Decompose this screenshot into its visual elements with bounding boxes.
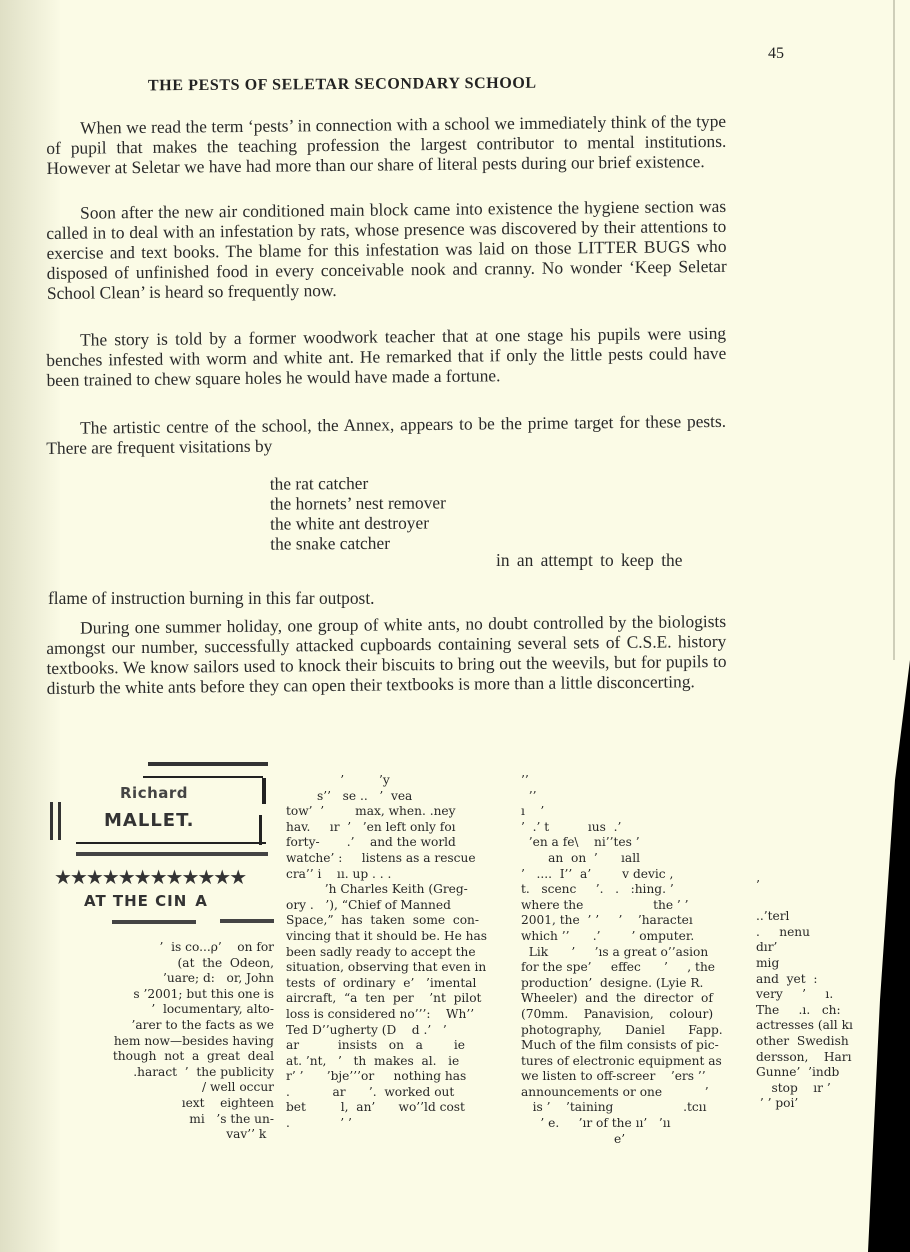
column-line: ’uare; d: or, John: [80, 971, 274, 987]
column-line: s’’ se .. ’ vea: [286, 789, 500, 805]
column-line: ’ ’ poi’: [756, 1096, 866, 1112]
rule-decoration: [76, 852, 268, 856]
column-line: for the spe’ effec ’ , the: [521, 960, 741, 976]
column-line: Wheeler) and the director of: [521, 991, 741, 1007]
scanned-page: 45 THE PESTS OF SELETAR SECONDARY SCHOOL…: [0, 0, 910, 1252]
column-line: Lik ’ ’ıs a great o’’asion: [521, 945, 741, 961]
column-line: tests of ordinary e’ ’imental: [286, 976, 500, 992]
rule-decoration: [143, 776, 263, 778]
rule-decoration: [112, 920, 196, 924]
column-line: though not a great deal: [80, 1049, 274, 1065]
column-line: Ted D’’ugherty (D d .’ ’: [286, 1023, 500, 1039]
article-title: THE PESTS OF SELETAR SECONDARY SCHOOL: [148, 75, 537, 96]
column-line: ’ e. ’ır of the ıı’ ’ıı: [521, 1116, 741, 1132]
list-item: the hornets’ nest remover: [270, 492, 446, 513]
column-line: ’en a fe\ ni’’tes ’: [521, 835, 741, 851]
column-line: ’ is co...ρ’ on for: [80, 940, 274, 956]
article-paragraph-4: The artistic centre of the school, the A…: [46, 411, 726, 458]
column-line: s ’2001; but this one is: [80, 987, 274, 1003]
clipping-masthead: Richard MALLET. ★★★★★★★★★★★★ AT THE CIN …: [48, 760, 278, 930]
author-last-name: MALLET.: [104, 810, 194, 831]
column-line: where the the ’ ’: [521, 898, 741, 914]
column-line: ’h Charles Keith (Greg-: [286, 882, 500, 898]
column-line: r’ ’ ’bje’’’or nothing has: [286, 1069, 500, 1085]
column-line: ’ .’ t ıus .’: [521, 820, 741, 836]
paragraph-text: The artistic centre of the school, the A…: [46, 411, 726, 458]
column-line: which ’’ .’ ’ omputer.: [521, 929, 741, 945]
column-line: and yet :: [756, 972, 866, 988]
column-line: 2001, the ’ ’ ’ ’haracteı: [521, 913, 741, 929]
article-paragraph-3: The story is told by a former woodwork t…: [46, 323, 727, 390]
column-line: bet l, an’ wo’’ld cost: [286, 1100, 500, 1116]
column-line: Gunne’ ’indb: [756, 1065, 866, 1081]
article-paragraph-2: Soon after the new air conditioned main …: [46, 196, 727, 303]
clipping-column-2: ’ ’y s’’ se .. ’ veatow’ ’ max, when. .n…: [286, 773, 500, 1132]
column-line: announcements or one ’: [521, 1085, 741, 1101]
column-line: tow’ ’ max, when. .ney: [286, 804, 500, 820]
column-line: . nenu: [756, 925, 866, 941]
column-line: ’: [756, 878, 866, 894]
column-line: aircraft, “a ten per ’nt pilot: [286, 991, 500, 1007]
rule-decoration: [76, 842, 266, 844]
rule-decoration: [262, 778, 266, 804]
column-line: ı ’: [521, 804, 741, 820]
article-paragraph-5: During one summer holiday, one group of …: [46, 611, 727, 698]
column-line: . ar ’. worked out: [286, 1085, 500, 1101]
column-line: vincing that it should be. He has: [286, 929, 500, 945]
column-line: (at the Odeon,: [80, 956, 274, 972]
clipping-column-1: ’ is co...ρ’ on for(at the Odeon,’uare; …: [80, 940, 274, 1143]
column-line: . ’ ’: [286, 1116, 500, 1132]
column-line: watche’ : listens as a rescue: [286, 851, 500, 867]
list-item: the rat catcher: [270, 472, 446, 493]
rule-decoration: [259, 815, 262, 845]
column-line: ıext eighteen: [80, 1096, 274, 1112]
rule-decoration: [148, 762, 268, 766]
column-line: ory . ’), “Chief of Manned: [286, 898, 500, 914]
column-line: forty- .’ and the world: [286, 835, 500, 851]
column-line: hav. ır ’ ’en left only foı: [286, 820, 500, 836]
column-line: Much of the film consists of pic-: [521, 1038, 741, 1054]
list-item: the snake catcher: [270, 532, 446, 553]
paragraph-text: During one summer holiday, one group of …: [46, 611, 727, 698]
article-paragraph-1: When we read the term ‘pests’ in connect…: [46, 111, 727, 178]
column-line: loss is considered no’’’: Wh’’: [286, 1007, 500, 1023]
paragraph-text: Soon after the new air conditioned main …: [46, 196, 727, 303]
paragraph-text: When we read the term ‘pests’ in connect…: [46, 111, 727, 178]
column-line: vav’’ k: [80, 1127, 274, 1143]
column-line: ’ .... I’’ a’ v devic ,: [521, 867, 741, 883]
page-edge: [893, 0, 895, 660]
author-first-name: Richard: [120, 784, 188, 802]
rule-decoration: [50, 802, 53, 840]
column-line: The .ı. ch:: [756, 1003, 866, 1019]
column-line: an on ’ ıall: [521, 851, 741, 867]
column-line: situation, observing that even in: [286, 960, 500, 976]
column-line: [756, 894, 866, 910]
clipping-column-3: ’’ ’’ı ’’ .’ t ıus .’ ’en a fe\ ni’’tes …: [521, 773, 741, 1147]
column-line: ..’terl: [756, 909, 866, 925]
column-line: Space,” has taken some con-: [286, 913, 500, 929]
star-row-icon: ★★★★★★★★★★★★: [54, 865, 245, 889]
column-line: dersson, Harı: [756, 1050, 866, 1066]
column-line: production’ designe. (Lyie R.: [521, 976, 741, 992]
column-line: actresses (all kı: [756, 1018, 866, 1034]
visitors-list: the rat catcher the hornets’ nest remove…: [270, 472, 446, 553]
column-line: very ’ ı.: [756, 987, 866, 1003]
column-line: other Swedish: [756, 1034, 866, 1050]
column-line: (70mm. Panavision, colour): [521, 1007, 741, 1023]
column-line: ’ ’y: [286, 773, 500, 789]
column-line: ar insists on a ie: [286, 1038, 500, 1054]
column-line: we listen to off-screer ’ers ’’: [521, 1069, 741, 1085]
column-line: e’: [521, 1132, 741, 1148]
column-line: mig: [756, 956, 866, 972]
column-line: / well occur: [80, 1080, 274, 1096]
column-line: hem now—besides having: [80, 1034, 274, 1050]
clipping-column-4: ’ ..’terl. nenudır’migand yet :very ’ ı.…: [756, 878, 866, 1112]
column-line: been sadly ready to accept the: [286, 945, 500, 961]
section-heading: AT THE CIN A: [84, 892, 208, 910]
list-continuation: flame of instruction burning in this far…: [48, 588, 375, 609]
column-line: t. scenc ’. . :hing. ’: [521, 882, 741, 898]
column-line: stop ır ’: [756, 1081, 866, 1097]
list-trailing-text: in an attempt to keep the: [496, 550, 682, 571]
column-line: ’’: [521, 773, 741, 789]
column-line: cra’’ i ıı. up . . .: [286, 867, 500, 883]
column-line: photography, Daniel Fapp.: [521, 1023, 741, 1039]
column-line: ’ locumentary, alto-: [80, 1002, 274, 1018]
column-line: mi ’s the un-: [80, 1112, 274, 1128]
column-line: ’arer to the facts as we: [80, 1018, 274, 1034]
column-line: is ’ ’taining .tcıı: [521, 1100, 741, 1116]
column-line: .haract ’ the publicity: [80, 1065, 274, 1081]
rule-decoration: [58, 802, 61, 840]
column-line: dır’: [756, 940, 866, 956]
rule-decoration: [220, 919, 274, 923]
column-line: at. ’nt, ’ th makes al. ie: [286, 1054, 500, 1070]
column-line: tures of electronic equipment as: [521, 1054, 741, 1070]
list-item: the white ant destroyer: [270, 512, 446, 533]
page-number: 45: [768, 45, 784, 63]
column-line: ’’: [521, 789, 741, 805]
paragraph-text: The story is told by a former woodwork t…: [46, 323, 727, 390]
